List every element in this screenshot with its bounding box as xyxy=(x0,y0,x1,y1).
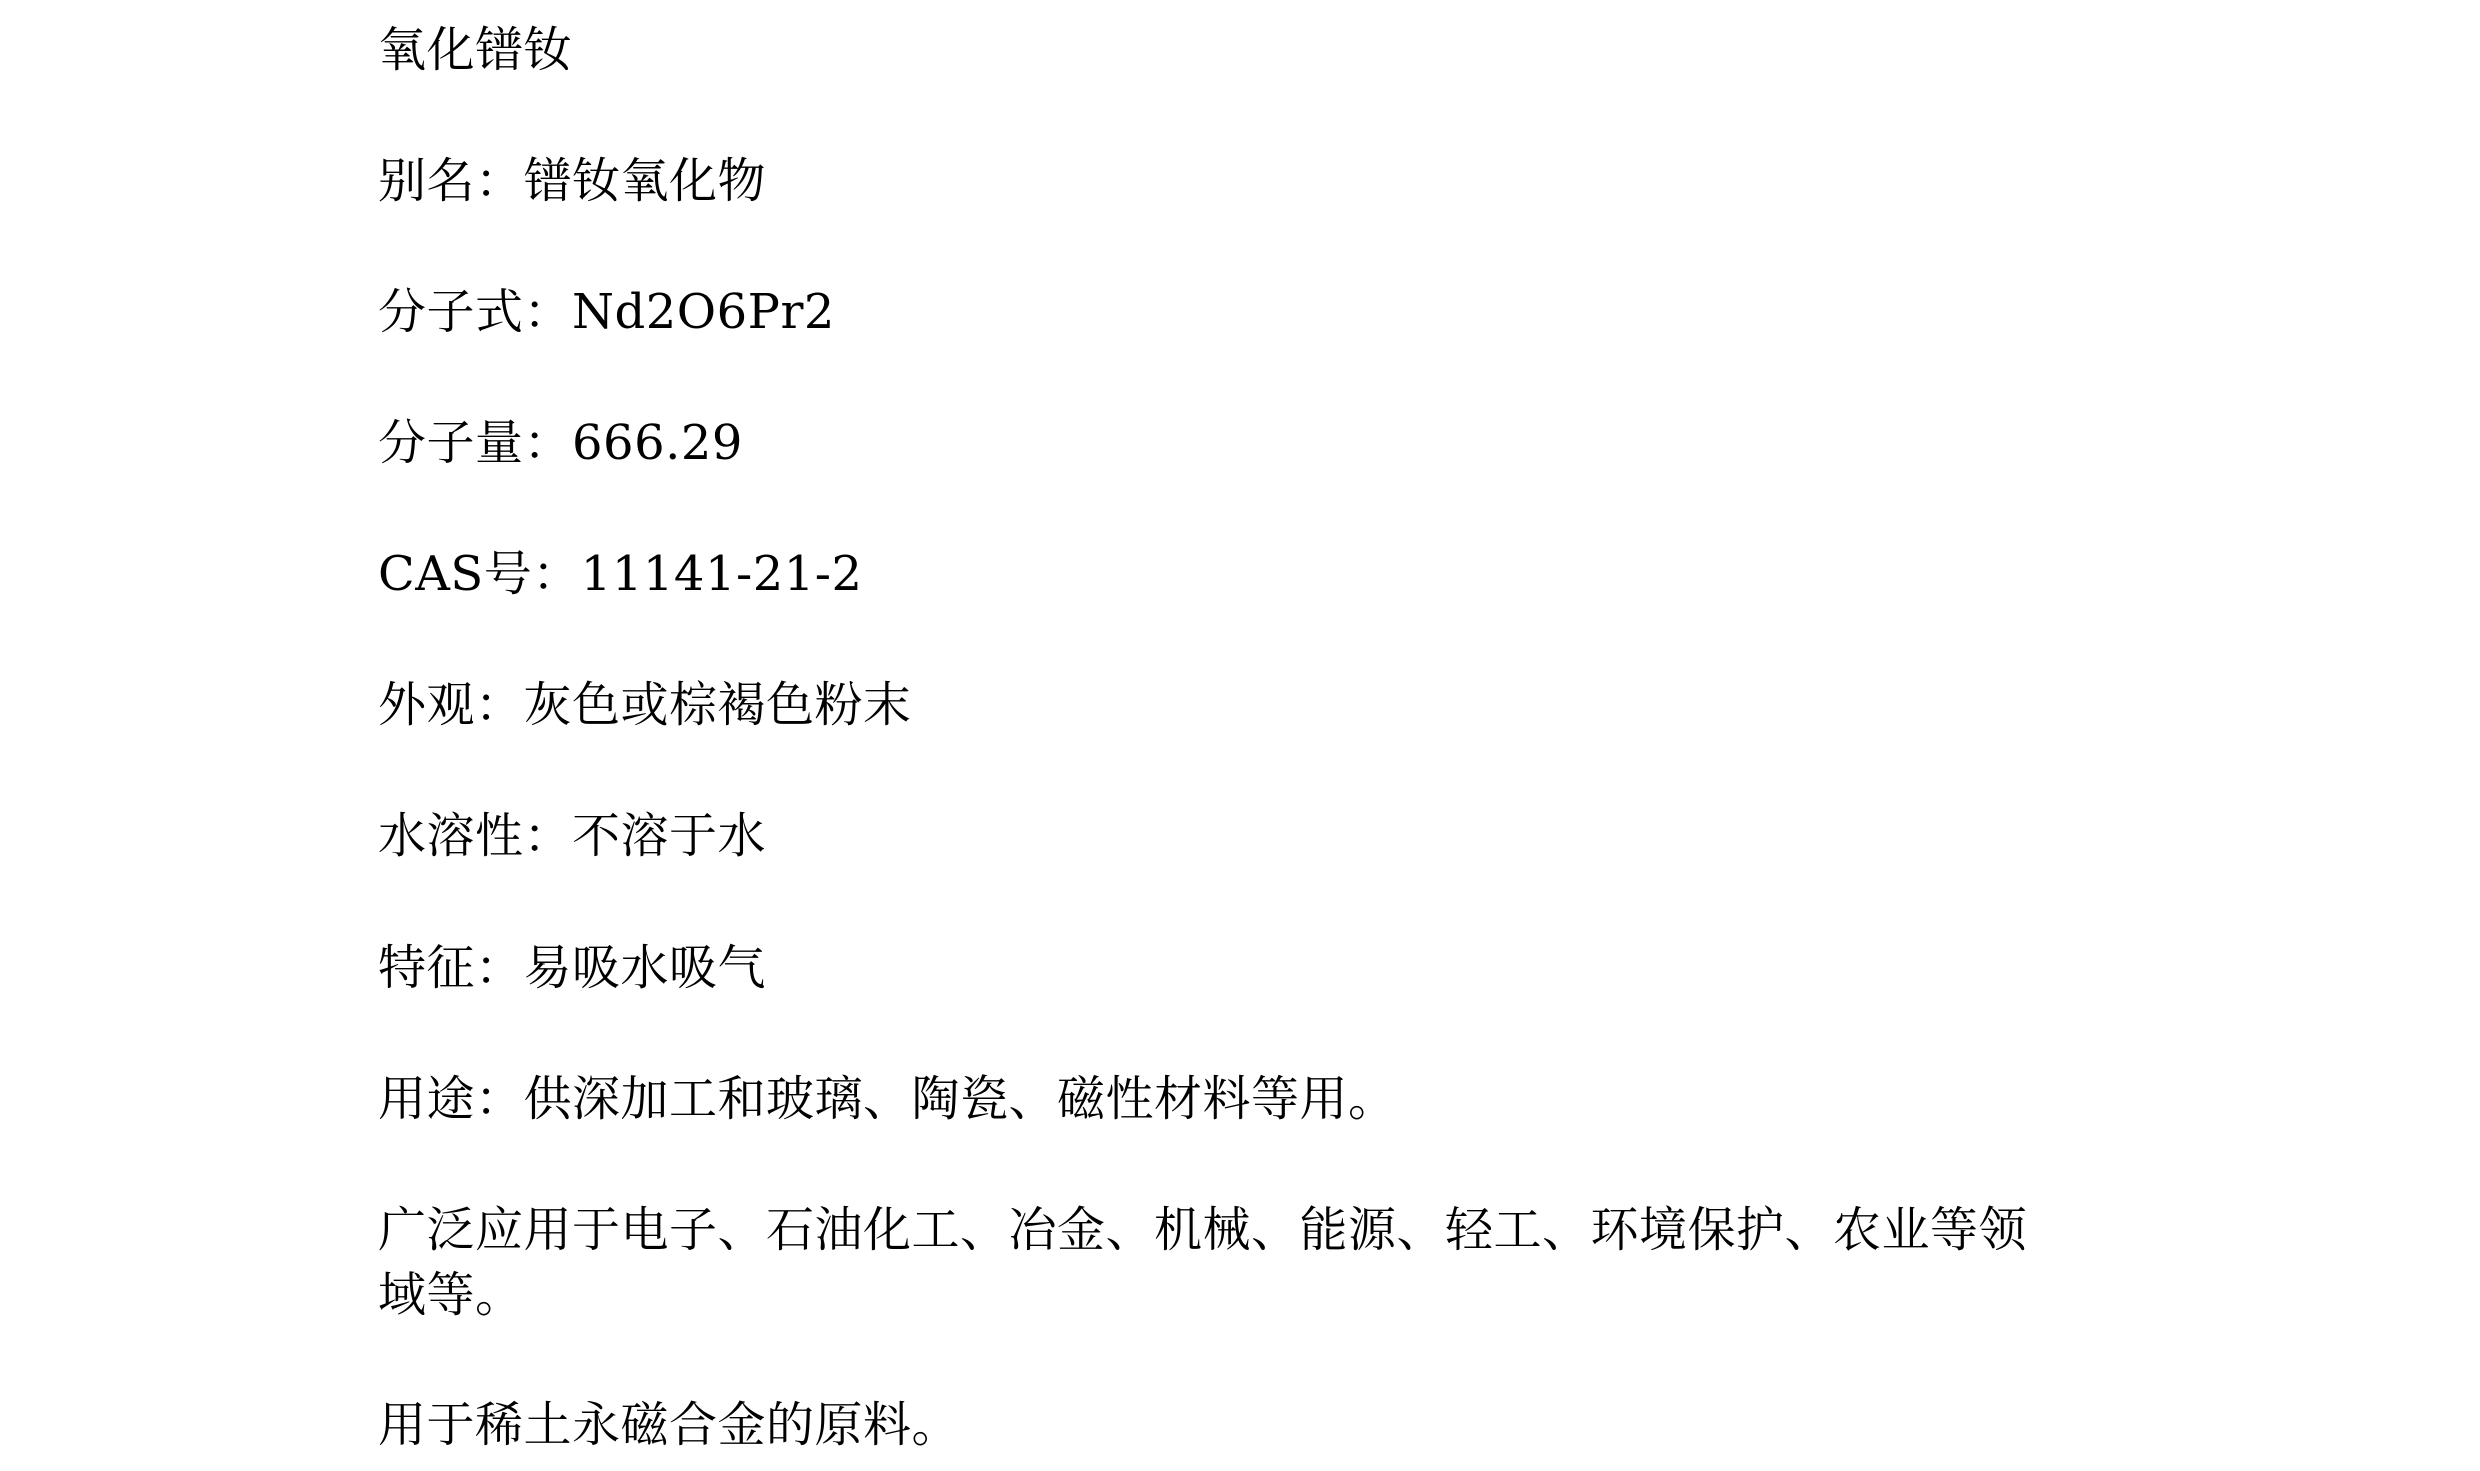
field-label: CAS号： xyxy=(378,546,581,602)
paragraph-raw-material: 用于稀土永磁合金的原料。 xyxy=(378,1393,960,1457)
field-label: 外观： xyxy=(378,677,524,733)
paragraph-applications-line1: 广泛应用于电子、石油化工、冶金、机械、能源、轻工、环境保护、农业等领 xyxy=(378,1198,2027,1262)
field-value: 镨钕氧化物 xyxy=(524,153,767,209)
field-cas-number: CAS号：11141-21-2 xyxy=(378,542,863,606)
field-value: Nd2O6Pr2 xyxy=(572,284,835,340)
field-label: 别名： xyxy=(378,153,524,209)
field-molecular-weight: 分子量：666.29 xyxy=(378,411,743,475)
field-appearance: 外观：灰色或棕褐色粉末 xyxy=(378,673,912,737)
field-molecular-formula: 分子式：Nd2O6Pr2 xyxy=(378,280,835,344)
paragraph-applications-line2: 域等。 xyxy=(378,1263,524,1327)
field-characteristics: 特征：易吸水吸气 xyxy=(378,936,766,1000)
field-value: 灰色或棕褐色粉末 xyxy=(524,677,912,733)
field-label: 分子量： xyxy=(378,415,572,471)
document-title: 氧化镨钕 xyxy=(378,18,572,82)
field-usage: 用途：供深加工和玻璃、陶瓷、磁性材料等用。 xyxy=(378,1067,1397,1131)
field-label: 特征： xyxy=(378,940,524,996)
field-value: 11141-21-2 xyxy=(581,546,863,602)
field-value: 不溶于水 xyxy=(572,808,766,864)
field-value: 666.29 xyxy=(572,415,743,471)
field-alias: 别名：镨钕氧化物 xyxy=(378,149,766,213)
field-value: 易吸水吸气 xyxy=(524,940,767,996)
field-label: 用途： xyxy=(378,1071,524,1127)
field-value: 供深加工和玻璃、陶瓷、磁性材料等用。 xyxy=(524,1071,1397,1127)
field-label: 水溶性： xyxy=(378,808,572,864)
field-water-solubility: 水溶性：不溶于水 xyxy=(378,804,766,868)
field-label: 分子式： xyxy=(378,284,572,340)
